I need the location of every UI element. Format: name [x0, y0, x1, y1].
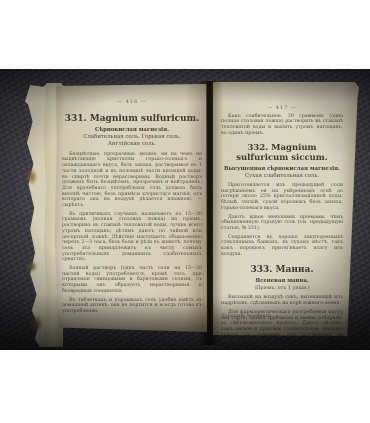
- footer-title: Домашній лечебникъ.: [221, 314, 272, 319]
- page-canvas: — 416 — 331. Magnium sulfuricum. Сѣрноки…: [0, 0, 370, 423]
- page-number: — 417 —: [221, 106, 343, 112]
- section-332-subtitle-bold: Высушенная сѣрнокислая магнезія.: [221, 166, 343, 173]
- continuation-paragraph: Какъ слабительное: 30 граммовъ (одна пол…: [221, 114, 343, 137]
- right-page-text: — 417 — Какъ слабительное: 30 граммовъ (…: [221, 106, 343, 344]
- paragraph: Даютъ вдвое меньшими пріемами, чѣмъ обык…: [221, 215, 343, 232]
- page-number: — 416 —: [62, 100, 202, 106]
- right-page-footer: Домашній лечебникъ. 27: [221, 313, 343, 319]
- left-page-text: — 416 — 331. Magnium sulfuricum. Сѣрноки…: [62, 100, 202, 315]
- section-331-heading: 331. Magnium sulfuricum.: [62, 114, 202, 124]
- section-332-subtitle-2: Сухая слабительная соль.: [221, 173, 343, 181]
- book-photo: — 416 — 331. Magnium sulfuricum. Сѣрноки…: [0, 69, 370, 350]
- paragraph: Сохраняется въ хорошо закупоренныхъ стек…: [221, 235, 343, 258]
- paragraph: Въ приличныхъ случаяхъ назначаютъ по 15—…: [62, 212, 202, 263]
- foxing-stain: [26, 261, 37, 272]
- section-331-subtitle-2: Слабительная соль. Горькая соль.: [62, 134, 202, 142]
- paragraph: Высохшій на воздухѣ сокъ, вытекающій изъ…: [221, 295, 343, 306]
- section-331-subtitle-3: Англійская соль.: [62, 141, 202, 149]
- foxing-stain: [30, 315, 43, 332]
- section-333-heading: 333. Манна.: [221, 265, 343, 275]
- paragraph: Въ таблеткахъ и порошкахъ соль удобно им…: [62, 298, 202, 315]
- paragraph: Водный растворъ (одна часть соли на 15—2…: [62, 266, 202, 295]
- section-332-heading: 332. Magnium sulfuricum siccum.: [221, 143, 343, 163]
- foxing-stain: [27, 169, 37, 185]
- section-331-subtitle-bold: Сѣрнокислая магнезія.: [62, 127, 202, 134]
- signature-number: 27: [337, 313, 343, 319]
- paragraph: Приготовляется изъ предыдущей соли нагрѣ…: [221, 183, 343, 212]
- section-333-dose-line: (Пріемъ: отъ 1 унціи.): [221, 286, 343, 292]
- paragraph: Безцвѣтные, прозрачные, мелкіе, ни на че…: [62, 152, 202, 209]
- section-333-subtitle-bold: Ясеневая манна.: [221, 278, 343, 285]
